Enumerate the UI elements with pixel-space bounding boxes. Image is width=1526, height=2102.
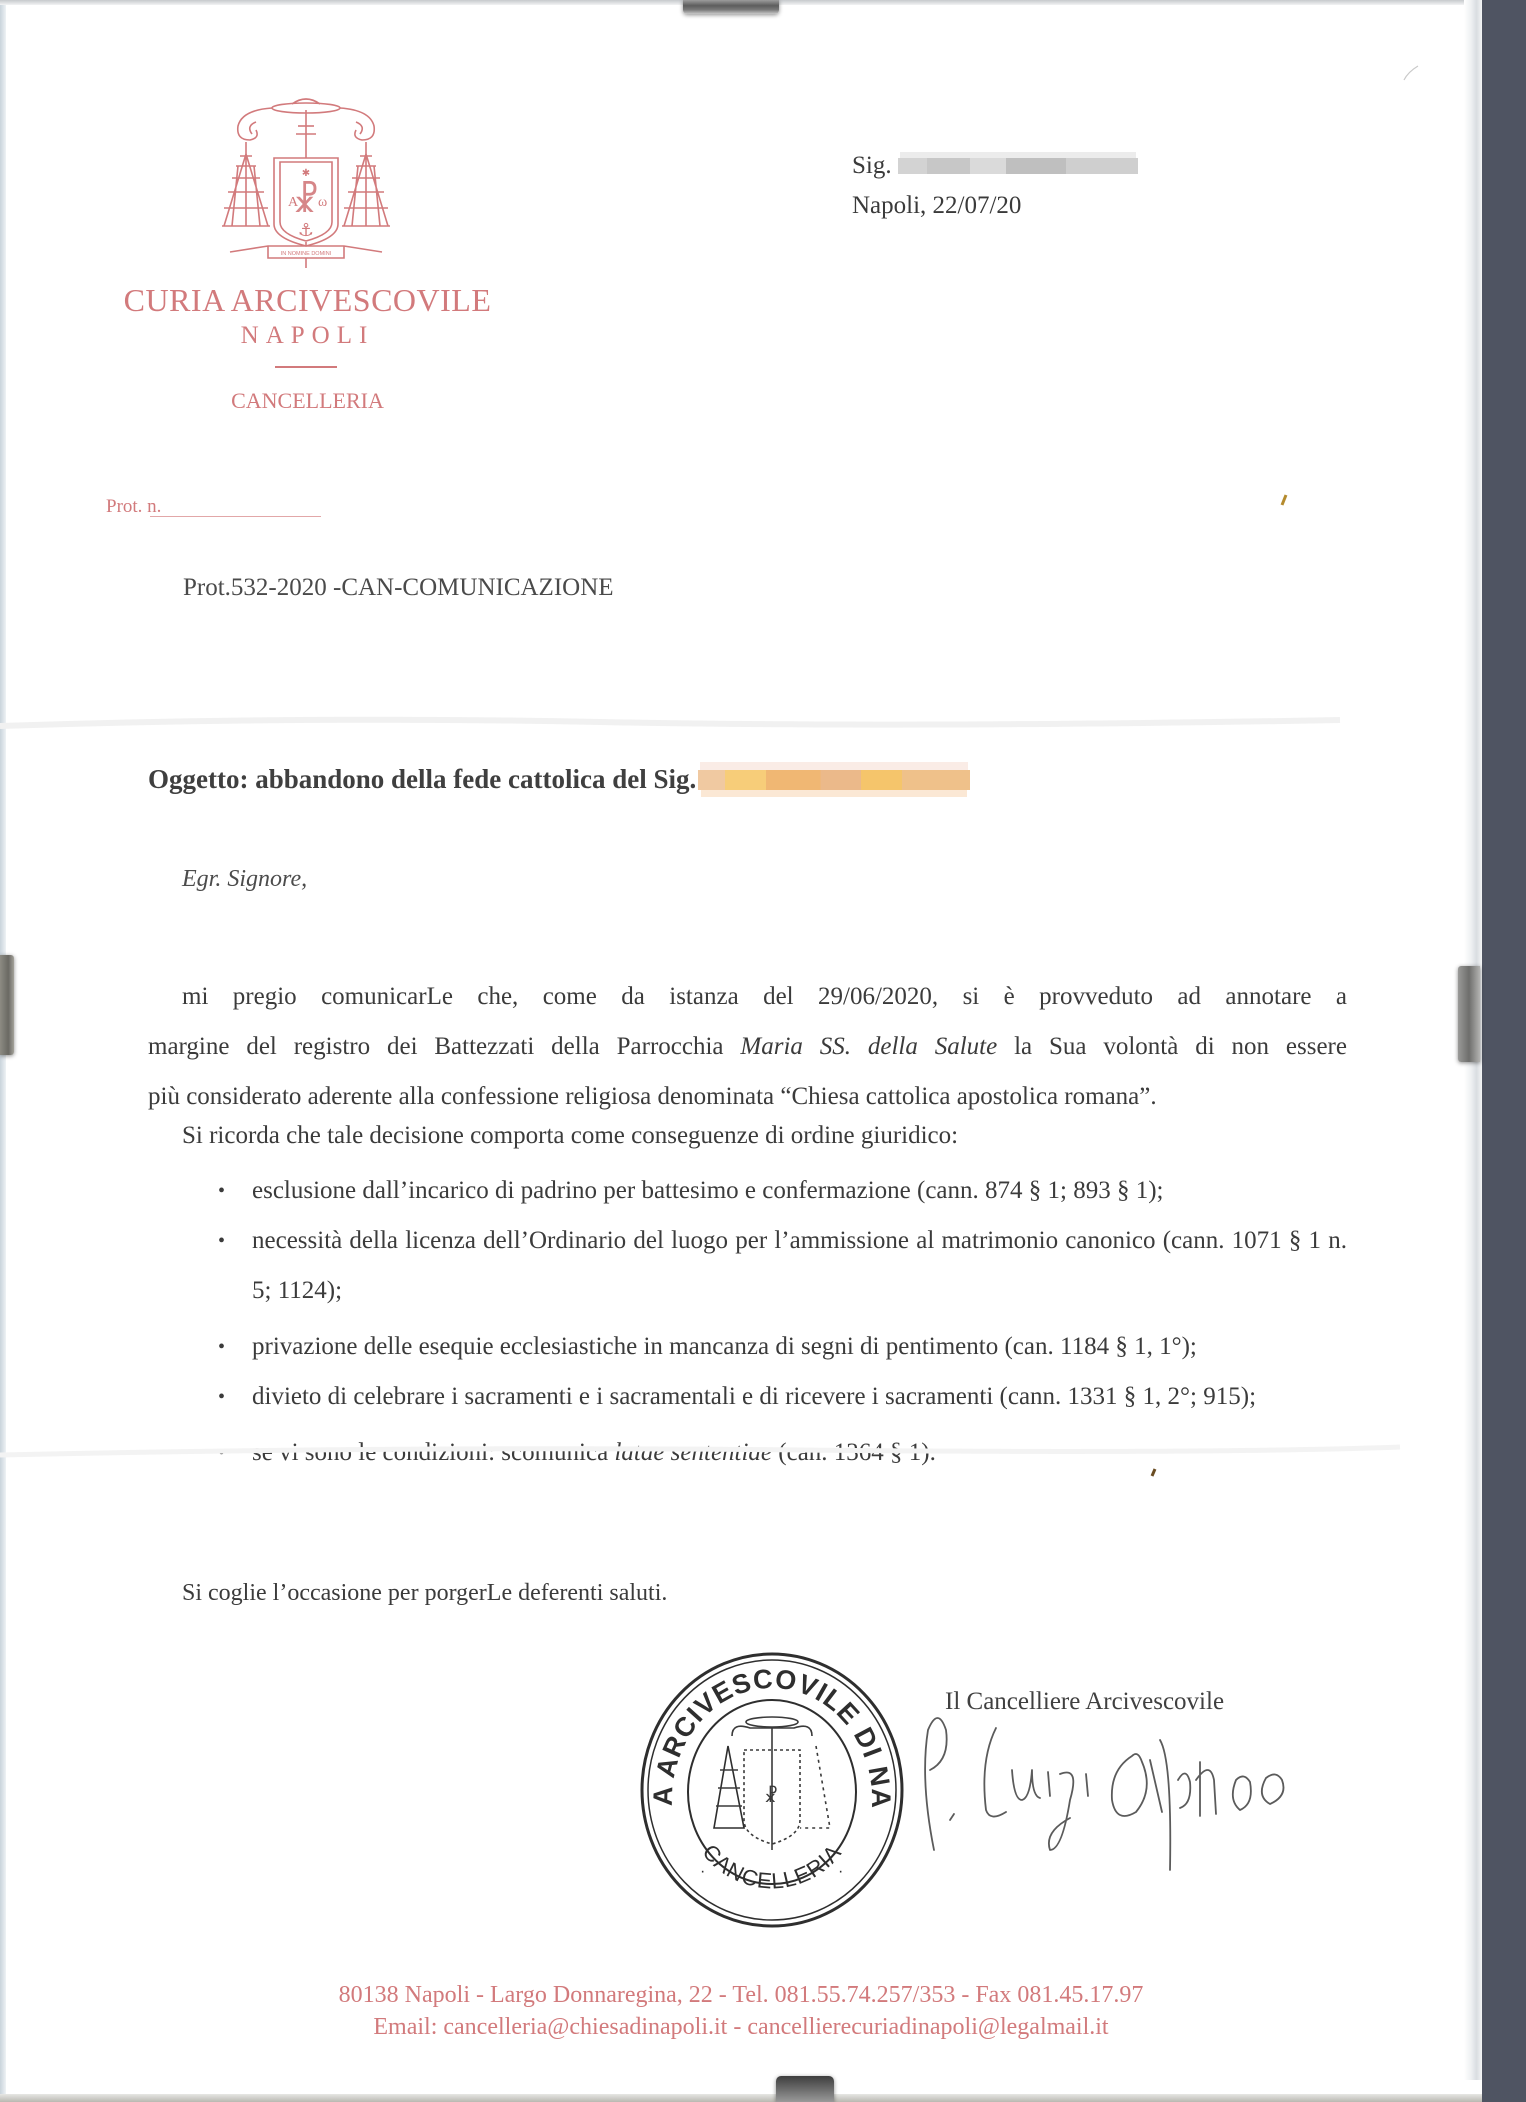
protocol-reference: Prot.532-2020 -CAN-COMUNICAZIONE (183, 574, 614, 602)
frame-clip-bottom (776, 2076, 834, 2102)
recipient-block: Sig. Napoli, 22/07/20 (852, 146, 1138, 226)
frame-glass-bottom-edge (0, 2094, 1482, 2102)
redacted-recipient-name (898, 158, 1138, 174)
closing-greeting: Si coglie l’occasione per porgerLe defer… (182, 1580, 667, 1607)
frame-clip-left (0, 955, 14, 1055)
organization-department: CANCELLERIA (110, 388, 505, 414)
chancery-seal-stamp-icon: CURIA ARCIVESCOVILE DI NAPOLI CANCELLERI… (632, 1650, 912, 1930)
consequences-intro: Si ricorda che tale decisione comporta c… (182, 1122, 958, 1150)
letterhead-divider (275, 366, 337, 368)
organization-name: CURIA ARCIVESCOVILE (110, 282, 505, 319)
svg-text:☧: ☧ (764, 1785, 778, 1806)
consequences-list: •esclusione dall’incarico di padrino per… (218, 1166, 1347, 1478)
body-paragraph: mi pregio comunicarLe che, come da istan… (148, 972, 1347, 1122)
svg-text:·: · (700, 1863, 705, 1880)
organization-city: NAPOLI (110, 322, 505, 350)
body-line: mi pregio comunicarLe che, come da istan… (148, 972, 1347, 1022)
place-and-date: Napoli, 22/07/20 (852, 186, 1138, 226)
redacted-subject-name (698, 770, 970, 790)
bullet-icon: • (218, 1372, 225, 1422)
subject-line: Oggetto: abbandono della fede cattolica … (148, 764, 970, 795)
svg-text:·: · (838, 1863, 843, 1880)
frame-clip-top (683, 0, 779, 14)
handwritten-signature: P. Luigi Ortaglio (910, 1700, 1310, 1875)
list-item: •esclusione dall’incarico di padrino per… (218, 1166, 1347, 1216)
svg-text:⚓: ⚓ (298, 220, 314, 241)
svg-text:A: A (288, 195, 299, 210)
list-item: •se vi sono le condizioni: scomunica lat… (218, 1428, 1347, 1478)
list-item: •necessità della licenza dell’Ordinario … (218, 1216, 1347, 1316)
bullet-icon: • (218, 1166, 225, 1216)
footer-emails: Email: cancelleria@chiesadinapoli.it - c… (0, 2014, 1482, 2041)
svg-text:✱: ✱ (302, 168, 310, 179)
body-line: più considerato aderente alla confession… (148, 1072, 1347, 1122)
footer-address: 80138 Napoli - Largo Donnaregina, 22 - T… (0, 1982, 1482, 2009)
archdiocese-coat-of-arms-icon: ✱ ☧ A ω ⚓ IN NOMINE DOMINI (212, 96, 400, 268)
svg-text:IN NOMINE DOMINI: IN NOMINE DOMINI (281, 251, 332, 257)
protocol-number-blank-line (150, 516, 321, 517)
recipient-salutation-prefix: Sig. (852, 152, 892, 179)
svg-text:ω: ω (318, 195, 327, 210)
bullet-icon: • (218, 1428, 225, 1478)
bullet-icon: • (218, 1322, 225, 1372)
frame-clip-right (1458, 966, 1480, 1062)
body-line: margine del registro dei Battezzati dell… (148, 1022, 1347, 1072)
frame-backing-right (1482, 0, 1526, 2102)
subject-text: Oggetto: abbandono della fede cattolica … (148, 764, 696, 794)
parish-name: Maria SS. della Salute (740, 1033, 997, 1060)
recipient-name-line: Sig. (852, 146, 1138, 186)
list-item: •divieto di celebrare i sacramenti e i s… (218, 1372, 1347, 1422)
protocol-number-label: Prot. n. (106, 496, 161, 518)
latin-term: latae sententiae (614, 1439, 772, 1466)
salutation: Egr. Signore, (182, 866, 307, 893)
bullet-icon: • (218, 1216, 225, 1266)
list-item: •privazione delle esequie ecclesiastiche… (218, 1322, 1347, 1372)
